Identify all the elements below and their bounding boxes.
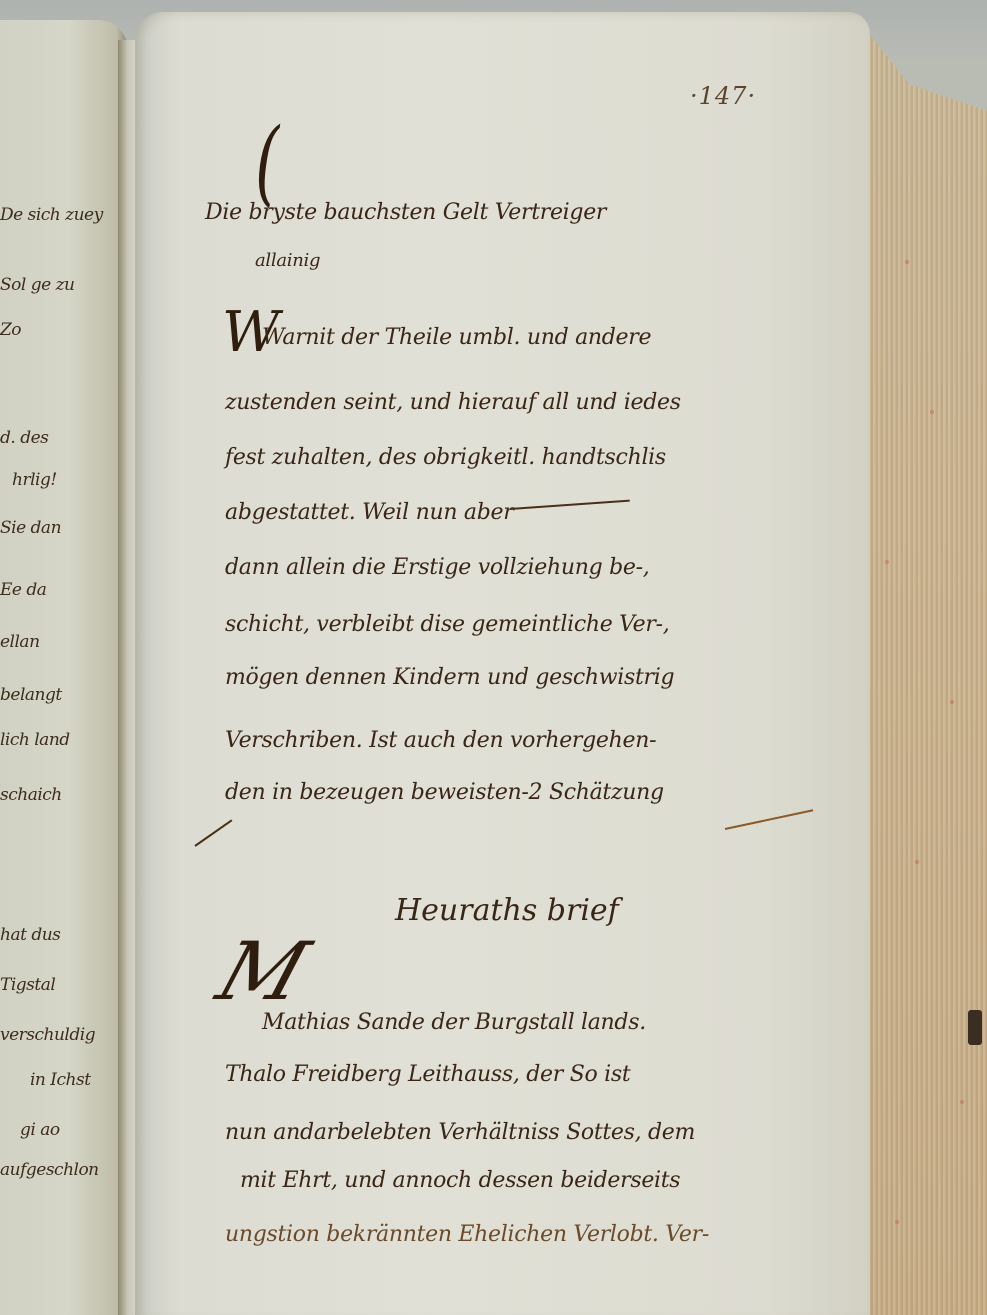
manuscript-line: mögen dennen Kindern und geschwistrig — [225, 665, 674, 690]
manuscript-line: Warnit der Theile umbl. und andere — [262, 325, 651, 350]
left-fragment: aufgeschlon — [0, 1160, 99, 1180]
edge-speck — [915, 860, 919, 864]
manuscript-line: den in bezeugen beweisten-2 Schätzung — [225, 780, 664, 805]
left-fragment: in Ichst — [30, 1070, 91, 1090]
left-fragment: Tigstal — [0, 975, 55, 995]
section-heading: Heuraths brief — [395, 893, 619, 928]
manuscript-line: Verschriben. Ist auch den vorhergehen- — [225, 728, 656, 753]
edge-speck — [895, 1220, 899, 1224]
manuscript-line: Die bryste bauchsten Gelt Vertreiger — [205, 200, 606, 225]
left-fragment: Sol ge zu — [0, 275, 74, 295]
manuscript-line: Thalo Freidberg Leithauss, der So ist — [225, 1062, 630, 1087]
manuscript-line: Mathias Sande der Burgstall lands. — [262, 1010, 646, 1035]
page-number: ·147· — [690, 82, 756, 110]
manuscript-line: fest zuhalten, des obrigkeitl. handtschl… — [225, 445, 666, 470]
left-fragment: d. des — [0, 428, 48, 448]
left-fragment: hat dus — [0, 925, 60, 945]
manuscript-line: dann allein die Erstige vollziehung be-, — [225, 555, 649, 580]
left-fragment: ellan — [0, 632, 40, 652]
manuscript-line: abgestattet. Weil nun aber — [225, 500, 513, 525]
left-fragment: De sich zuey — [0, 205, 103, 225]
manuscript-line: mit Ehrt, und annoch dessen beiderseits — [240, 1168, 680, 1193]
book-fore-edge — [858, 20, 987, 1315]
book-clasp — [968, 1010, 982, 1045]
manuscript-line: nun andarbelebten Verhältniss Sottes, de… — [225, 1120, 695, 1145]
edge-speck — [930, 410, 934, 414]
manuscript-line: ungstion bekrännten Ehelichen Verlobt. V… — [225, 1222, 709, 1247]
manuscript-line: zustenden seint, und hierauf all und ied… — [225, 390, 681, 415]
left-fragment: Sie dan — [0, 518, 61, 538]
edge-speck — [905, 260, 909, 264]
left-fragment: Ee da — [0, 580, 46, 600]
edge-speck — [950, 700, 954, 704]
left-fragment: Zo — [0, 320, 21, 340]
edge-speck — [885, 560, 889, 564]
left-fragment: lich land — [0, 730, 70, 750]
manuscript-line: allainig — [255, 250, 320, 271]
left-fragment: belangt — [0, 685, 62, 705]
edge-speck — [960, 1100, 964, 1104]
manuscript-line: schicht, verbleibt dise gemeintliche Ver… — [225, 612, 669, 637]
left-fragment: verschuldig — [0, 1025, 95, 1045]
left-fragment: schaich — [0, 785, 62, 805]
left-fragment: gi ao — [20, 1120, 60, 1140]
left-fragment: hrlig! — [12, 470, 57, 490]
